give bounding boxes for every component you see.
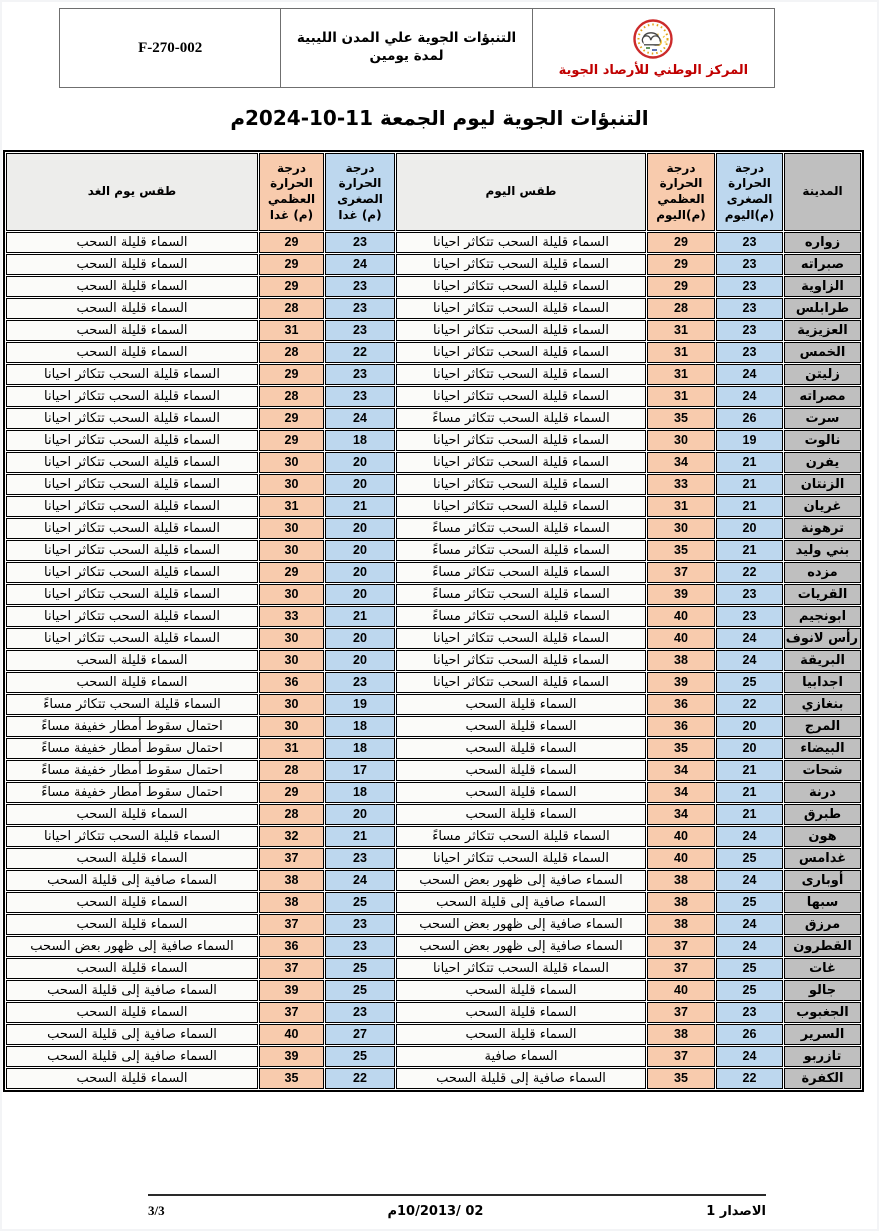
city-cell: سرت xyxy=(784,408,861,429)
max-today-cell: 31 xyxy=(647,342,715,363)
min-today-cell: 24 xyxy=(716,364,783,385)
min-today-cell: 21 xyxy=(716,782,783,803)
city-cell: ترهونة xyxy=(784,518,861,539)
max-tomorrow-cell: 29 xyxy=(259,232,324,253)
min-today-cell: 23 xyxy=(716,276,783,297)
max-today-cell: 34 xyxy=(647,760,715,781)
weather-tomorrow-cell: السماء صافية إلى قليلة السحب xyxy=(6,1046,258,1067)
footer-divider xyxy=(148,1194,766,1196)
weather-tomorrow-cell: السماء صافية إلى قليلة السحب xyxy=(6,1024,258,1045)
table-row: السرير2638السماء قليلة السحب2740السماء ص… xyxy=(6,1024,861,1045)
max-tomorrow-cell: 30 xyxy=(259,474,324,495)
weather-today-cell: السماء قليلة السحب xyxy=(396,980,646,1001)
header-row: المدينة درجة الحرارة الصغرى (م)اليوم درج… xyxy=(6,153,861,231)
city-cell: الخمس xyxy=(784,342,861,363)
max-tomorrow-cell: 40 xyxy=(259,1024,324,1045)
max-tomorrow-cell: 30 xyxy=(259,540,324,561)
table-row: بني وليد2135السماء قليلة السحب تتكاثر مس… xyxy=(6,540,861,561)
max-today-cell: 36 xyxy=(647,694,715,715)
min-today-cell: 25 xyxy=(716,980,783,1001)
weather-today-cell: السماء قليلة السحب تتكاثر احيانا xyxy=(396,430,646,451)
max-today-cell: 35 xyxy=(647,1068,715,1089)
max-today-cell: 38 xyxy=(647,1024,715,1045)
max-today-cell: 37 xyxy=(647,958,715,979)
max-tomorrow-cell: 36 xyxy=(259,936,324,957)
max-tomorrow-cell: 35 xyxy=(259,1068,324,1089)
max-tomorrow-cell: 30 xyxy=(259,628,324,649)
min-tomorrow-cell: 25 xyxy=(325,958,395,979)
max-today-cell: 36 xyxy=(647,716,715,737)
max-today-cell: 40 xyxy=(647,980,715,1001)
met-center-logo-icon xyxy=(632,18,674,60)
max-tomorrow-cell: 29 xyxy=(259,364,324,385)
max-today-cell: 35 xyxy=(647,540,715,561)
city-cell: زواره xyxy=(784,232,861,253)
table-row: يفرن2134السماء قليلة السحب تتكاثر احيانا… xyxy=(6,452,861,473)
org-name: المركز الوطني للأرصاد الجوية xyxy=(559,63,749,78)
max-tomorrow-cell: 28 xyxy=(259,342,324,363)
min-today-cell: 26 xyxy=(716,1024,783,1045)
weather-today-cell: السماء صافية إلى ظهور بعض السحب xyxy=(396,870,646,891)
table-row: العزيزية2331السماء قليلة السحب تتكاثر اح… xyxy=(6,320,861,341)
min-tomorrow-cell: 20 xyxy=(325,518,395,539)
max-tomorrow-cell: 29 xyxy=(259,562,324,583)
city-cell: طبرق xyxy=(784,804,861,825)
city-cell: العزيزية xyxy=(784,320,861,341)
max-tomorrow-cell: 29 xyxy=(259,782,324,803)
city-cell: الكفرة xyxy=(784,1068,861,1089)
min-today-cell: 23 xyxy=(716,342,783,363)
max-today-cell: 31 xyxy=(647,496,715,517)
min-today-cell: 23 xyxy=(716,232,783,253)
city-cell: ابونجيم xyxy=(784,606,861,627)
table-row: رأس لانوف2440السماء قليلة السحب تتكاثر ا… xyxy=(6,628,861,649)
weather-tomorrow-cell: السماء قليلة السحب تتكاثر احيانا xyxy=(6,562,258,583)
weather-tomorrow-cell: السماء قليلة السحب تتكاثر احيانا xyxy=(6,826,258,847)
table-row: اجدابيا2539السماء قليلة السحب تتكاثر احي… xyxy=(6,672,861,693)
max-tomorrow-cell: 30 xyxy=(259,452,324,473)
max-tomorrow-cell: 37 xyxy=(259,848,324,869)
city-cell: اجدابيا xyxy=(784,672,861,693)
weather-today-cell: السماء قليلة السحب تتكاثر احيانا xyxy=(396,276,646,297)
min-tomorrow-cell: 21 xyxy=(325,606,395,627)
weather-today-cell: السماء صافية إلى ظهور بعض السحب xyxy=(396,936,646,957)
weather-tomorrow-cell: احتمال سقوط أمطار خفيفة مساءً xyxy=(6,760,258,781)
max-tomorrow-cell: 38 xyxy=(259,870,324,891)
weather-tomorrow-cell: السماء صافية إلى قليلة السحب xyxy=(6,870,258,891)
min-today-cell: 22 xyxy=(716,562,783,583)
max-tomorrow-cell: 37 xyxy=(259,1002,324,1023)
weather-today-cell: السماء قليلة السحب xyxy=(396,694,646,715)
page-footer: الاصدار 1 02 /10/2013م 3/3 xyxy=(148,1194,766,1219)
max-tomorrow-cell: 39 xyxy=(259,980,324,1001)
min-tomorrow-cell: 21 xyxy=(325,496,395,517)
min-tomorrow-cell: 23 xyxy=(325,914,395,935)
max-today-cell: 38 xyxy=(647,914,715,935)
min-tomorrow-cell: 23 xyxy=(325,936,395,957)
max-today-cell: 29 xyxy=(647,276,715,297)
weather-today-cell: السماء قليلة السحب تتكاثر احيانا xyxy=(396,452,646,473)
weather-today-cell: السماء قليلة السحب تتكاثر مساءً xyxy=(396,540,646,561)
city-cell: شحات xyxy=(784,760,861,781)
min-tomorrow-cell: 21 xyxy=(325,826,395,847)
table-row: القريات2339السماء قليلة السحب تتكاثر مسا… xyxy=(6,584,861,605)
weather-today-cell: السماء قليلة السحب تتكاثر احيانا xyxy=(396,848,646,869)
weather-tomorrow-cell: السماء قليلة السحب تتكاثر احيانا xyxy=(6,364,258,385)
table-row: مصراته2431السماء قليلة السحب تتكاثر احيا… xyxy=(6,386,861,407)
min-tomorrow-cell: 23 xyxy=(325,320,395,341)
weather-today-cell: السماء صافية إلى قليلة السحب xyxy=(396,1068,646,1089)
max-today-cell: 30 xyxy=(647,430,715,451)
min-tomorrow-cell: 23 xyxy=(325,232,395,253)
weather-tomorrow-cell: السماء قليلة السحب xyxy=(6,914,258,935)
min-tomorrow-cell: 18 xyxy=(325,716,395,737)
weather-tomorrow-cell: السماء قليلة السحب تتكاثر احيانا xyxy=(6,386,258,407)
min-today-cell: 25 xyxy=(716,892,783,913)
weather-today-cell: السماء قليلة السحب تتكاثر احيانا xyxy=(396,342,646,363)
weather-tomorrow-cell: السماء قليلة السحب xyxy=(6,892,258,913)
weather-today-cell: السماء صافية إلى ظهور بعض السحب xyxy=(396,914,646,935)
table-row: صبراته2329السماء قليلة السحب تتكاثر احيا… xyxy=(6,254,861,275)
table-row: غريان2131السماء قليلة السحب تتكاثر احيان… xyxy=(6,496,861,517)
max-today-cell: 40 xyxy=(647,628,715,649)
table-row: ابونجيم2340السماء قليلة السحب تتكاثر مسا… xyxy=(6,606,861,627)
city-cell: زليتن xyxy=(784,364,861,385)
max-today-cell: 40 xyxy=(647,606,715,627)
forecast-table-body: زواره2329السماء قليلة السحب تتكاثر احيان… xyxy=(6,232,861,1089)
header-max-today: درجة الحرارة العظمي (م)اليوم xyxy=(647,153,715,231)
city-cell: الزاوية xyxy=(784,276,861,297)
table-row: نالوت1930السماء قليلة السحب تتكاثر احيان… xyxy=(6,430,861,451)
weather-tomorrow-cell: السماء قليلة السحب تتكاثر احيانا xyxy=(6,540,258,561)
max-today-cell: 34 xyxy=(647,452,715,473)
form-header: المركز الوطني للأرصاد الجوية التنبؤات ال… xyxy=(59,8,775,88)
max-today-cell: 31 xyxy=(647,364,715,385)
min-today-cell: 24 xyxy=(716,386,783,407)
min-today-cell: 23 xyxy=(716,298,783,319)
max-tomorrow-cell: 29 xyxy=(259,254,324,275)
min-tomorrow-cell: 27 xyxy=(325,1024,395,1045)
min-today-cell: 23 xyxy=(716,606,783,627)
footer-issue: الاصدار 1 xyxy=(706,1204,766,1219)
weather-bulletin-page: المركز الوطني للأرصاد الجوية التنبؤات ال… xyxy=(0,0,879,1231)
weather-today-cell: السماء قليلة السحب xyxy=(396,804,646,825)
table-row: أوبارى2438السماء صافية إلى ظهور بعض السح… xyxy=(6,870,861,891)
weather-tomorrow-cell: السماء قليلة السحب تتكاثر احيانا xyxy=(6,474,258,495)
max-tomorrow-cell: 30 xyxy=(259,584,324,605)
city-cell: مصراته xyxy=(784,386,861,407)
max-tomorrow-cell: 39 xyxy=(259,1046,324,1067)
header-weather-tomorrow: طقس يوم الغد xyxy=(6,153,258,231)
max-today-cell: 38 xyxy=(647,892,715,913)
city-cell: غريان xyxy=(784,496,861,517)
weather-tomorrow-cell: السماء قليلة السحب xyxy=(6,232,258,253)
weather-today-cell: السماء قليلة السحب تتكاثر احيانا xyxy=(396,298,646,319)
max-today-cell: 40 xyxy=(647,848,715,869)
table-row: غات2537السماء قليلة السحب تتكاثر احيانا2… xyxy=(6,958,861,979)
max-today-cell: 30 xyxy=(647,518,715,539)
min-today-cell: 24 xyxy=(716,628,783,649)
weather-tomorrow-cell: السماء قليلة السحب xyxy=(6,804,258,825)
city-cell: القريات xyxy=(784,584,861,605)
weather-today-cell: السماء قليلة السحب تتكاثر مساءً xyxy=(396,606,646,627)
min-tomorrow-cell: 18 xyxy=(325,738,395,759)
city-cell: جالو xyxy=(784,980,861,1001)
page-title: التنبؤات الجوية ليوم الجمعة 11-10-2024م xyxy=(0,106,879,130)
table-row: البيضاء2035السماء قليلة السحب1831احتمال … xyxy=(6,738,861,759)
max-today-cell: 37 xyxy=(647,1002,715,1023)
min-today-cell: 24 xyxy=(716,870,783,891)
min-tomorrow-cell: 25 xyxy=(325,1046,395,1067)
table-row: هون2440السماء قليلة السحب تتكاثر مساءً21… xyxy=(6,826,861,847)
city-cell: غات xyxy=(784,958,861,979)
weather-tomorrow-cell: السماء قليلة السحب تتكاثر احيانا xyxy=(6,430,258,451)
min-tomorrow-cell: 20 xyxy=(325,562,395,583)
weather-today-cell: السماء قليلة السحب تتكاثر احيانا xyxy=(396,650,646,671)
table-row: الزنتان2133السماء قليلة السحب تتكاثر احي… xyxy=(6,474,861,495)
table-row: شحات2134السماء قليلة السحب1728احتمال سقو… xyxy=(6,760,861,781)
min-tomorrow-cell: 24 xyxy=(325,254,395,275)
min-today-cell: 26 xyxy=(716,408,783,429)
header-weather-today: طقس اليوم xyxy=(396,153,646,231)
min-today-cell: 24 xyxy=(716,914,783,935)
table-row: درنة2134السماء قليلة السحب1829احتمال سقو… xyxy=(6,782,861,803)
min-tomorrow-cell: 23 xyxy=(325,276,395,297)
max-tomorrow-cell: 31 xyxy=(259,320,324,341)
weather-today-cell: السماء قليلة السحب تتكاثر مساءً xyxy=(396,562,646,583)
weather-today-cell: السماء قليلة السحب xyxy=(396,760,646,781)
weather-tomorrow-cell: السماء قليلة السحب تتكاثر احيانا xyxy=(6,628,258,649)
weather-today-cell: السماء قليلة السحب xyxy=(396,716,646,737)
min-today-cell: 24 xyxy=(716,650,783,671)
city-cell: هون xyxy=(784,826,861,847)
weather-tomorrow-cell: السماء صافية إلى ظهور بعض السحب xyxy=(6,936,258,957)
city-cell: مزده xyxy=(784,562,861,583)
form-code: F-270-002 xyxy=(60,9,280,87)
city-cell: سبها xyxy=(784,892,861,913)
min-today-cell: 20 xyxy=(716,518,783,539)
min-today-cell: 23 xyxy=(716,1002,783,1023)
city-cell: طرابلس xyxy=(784,298,861,319)
city-cell: القطرون xyxy=(784,936,861,957)
max-tomorrow-cell: 31 xyxy=(259,738,324,759)
weather-tomorrow-cell: السماء قليلة السحب xyxy=(6,320,258,341)
table-row: جالو2540السماء قليلة السحب2539السماء صاف… xyxy=(6,980,861,1001)
table-row: مزده2237السماء قليلة السحب تتكاثر مساءً2… xyxy=(6,562,861,583)
max-today-cell: 37 xyxy=(647,1046,715,1067)
min-today-cell: 25 xyxy=(716,848,783,869)
max-tomorrow-cell: 32 xyxy=(259,826,324,847)
weather-today-cell: السماء قليلة السحب تتكاثر احيانا xyxy=(396,628,646,649)
weather-tomorrow-cell: السماء قليلة السحب تتكاثر احيانا xyxy=(6,452,258,473)
weather-tomorrow-cell: السماء قليلة السحب تتكاثر احيانا xyxy=(6,496,258,517)
min-today-cell: 25 xyxy=(716,672,783,693)
min-tomorrow-cell: 22 xyxy=(325,1068,395,1089)
min-tomorrow-cell: 18 xyxy=(325,430,395,451)
max-tomorrow-cell: 30 xyxy=(259,694,324,715)
table-row: الكفرة2235السماء صافية إلى قليلة السحب22… xyxy=(6,1068,861,1089)
weather-today-cell: السماء قليلة السحب تتكاثر مساءً xyxy=(396,408,646,429)
header-min-tomorrow: درجة الحرارة الصغرى (م) غدا xyxy=(325,153,395,231)
header-min-today: درجة الحرارة الصغرى (م)اليوم xyxy=(716,153,783,231)
max-tomorrow-cell: 30 xyxy=(259,650,324,671)
weather-today-cell: السماء قليلة السحب تتكاثر مساءً xyxy=(396,826,646,847)
min-tomorrow-cell: 20 xyxy=(325,474,395,495)
weather-tomorrow-cell: السماء قليلة السحب xyxy=(6,958,258,979)
max-today-cell: 29 xyxy=(647,254,715,275)
max-today-cell: 38 xyxy=(647,870,715,891)
weather-tomorrow-cell: احتمال سقوط أمطار خفيفة مساءً xyxy=(6,782,258,803)
min-today-cell: 25 xyxy=(716,958,783,979)
table-row: القطرون2437السماء صافية إلى ظهور بعض الس… xyxy=(6,936,861,957)
weather-tomorrow-cell: السماء قليلة السحب xyxy=(6,848,258,869)
min-today-cell: 23 xyxy=(716,320,783,341)
city-cell: مرزق xyxy=(784,914,861,935)
min-tomorrow-cell: 24 xyxy=(325,408,395,429)
weather-today-cell: السماء قليلة السحب تتكاثر احيانا xyxy=(396,364,646,385)
city-cell: بني وليد xyxy=(784,540,861,561)
max-tomorrow-cell: 28 xyxy=(259,298,324,319)
city-cell: الجغبوب xyxy=(784,1002,861,1023)
min-tomorrow-cell: 23 xyxy=(325,672,395,693)
weather-tomorrow-cell: السماء قليلة السحب تتكاثر احيانا xyxy=(6,584,258,605)
min-today-cell: 21 xyxy=(716,496,783,517)
max-tomorrow-cell: 28 xyxy=(259,804,324,825)
max-tomorrow-cell: 33 xyxy=(259,606,324,627)
table-row: الزاوية2329السماء قليلة السحب تتكاثر احي… xyxy=(6,276,861,297)
max-today-cell: 39 xyxy=(647,584,715,605)
weather-today-cell: السماء قليلة السحب تتكاثر احيانا xyxy=(396,672,646,693)
min-today-cell: 24 xyxy=(716,936,783,957)
max-today-cell: 37 xyxy=(647,936,715,957)
city-cell: صبراته xyxy=(784,254,861,275)
min-today-cell: 22 xyxy=(716,694,783,715)
weather-today-cell: السماء قليلة السحب تتكاثر احيانا xyxy=(396,958,646,979)
min-tomorrow-cell: 23 xyxy=(325,1002,395,1023)
min-tomorrow-cell: 24 xyxy=(325,870,395,891)
max-tomorrow-cell: 31 xyxy=(259,496,324,517)
max-today-cell: 33 xyxy=(647,474,715,495)
max-today-cell: 34 xyxy=(647,804,715,825)
table-row: ترهونة2030السماء قليلة السحب تتكاثر مساء… xyxy=(6,518,861,539)
min-today-cell: 20 xyxy=(716,738,783,759)
weather-today-cell: السماء قليلة السحب تتكاثر احيانا xyxy=(396,254,646,275)
header-max-tomorrow: درجة الحرارة العظمي (م) غدا xyxy=(259,153,324,231)
min-today-cell: 21 xyxy=(716,760,783,781)
city-cell: بنغازي xyxy=(784,694,861,715)
max-today-cell: 28 xyxy=(647,298,715,319)
weather-tomorrow-cell: السماء قليلة السحب xyxy=(6,1068,258,1089)
city-cell: المرج xyxy=(784,716,861,737)
weather-tomorrow-cell: السماء قليلة السحب xyxy=(6,276,258,297)
min-tomorrow-cell: 22 xyxy=(325,342,395,363)
max-tomorrow-cell: 30 xyxy=(259,716,324,737)
max-today-cell: 29 xyxy=(647,232,715,253)
table-row: سرت2635السماء قليلة السحب تتكاثر مساءً24… xyxy=(6,408,861,429)
weather-tomorrow-cell: السماء قليلة السحب تتكاثر احيانا xyxy=(6,606,258,627)
min-today-cell: 21 xyxy=(716,804,783,825)
max-tomorrow-cell: 30 xyxy=(259,518,324,539)
max-tomorrow-cell: 37 xyxy=(259,914,324,935)
min-tomorrow-cell: 18 xyxy=(325,782,395,803)
weather-tomorrow-cell: السماء قليلة السحب xyxy=(6,254,258,275)
min-tomorrow-cell: 20 xyxy=(325,452,395,473)
min-tomorrow-cell: 23 xyxy=(325,848,395,869)
min-today-cell: 21 xyxy=(716,452,783,473)
weather-today-cell: السماء قليلة السحب xyxy=(396,1024,646,1045)
weather-tomorrow-cell: السماء قليلة السحب xyxy=(6,650,258,671)
max-today-cell: 40 xyxy=(647,826,715,847)
max-tomorrow-cell: 36 xyxy=(259,672,324,693)
weather-today-cell: السماء قليلة السحب تتكاثر احيانا xyxy=(396,232,646,253)
weather-tomorrow-cell: السماء قليلة السحب xyxy=(6,298,258,319)
min-today-cell: 23 xyxy=(716,584,783,605)
city-cell: أوبارى xyxy=(784,870,861,891)
table-row: غدامس2540السماء قليلة السحب تتكاثر احيان… xyxy=(6,848,861,869)
weather-today-cell: السماء قليلة السحب xyxy=(396,782,646,803)
table-row: سبها2538السماء صافية إلى قليلة السحب2538… xyxy=(6,892,861,913)
table-row: تازربو2437السماء صافية2539السماء صافية إ… xyxy=(6,1046,861,1067)
min-today-cell: 24 xyxy=(716,826,783,847)
weather-today-cell: السماء قليلة السحب تتكاثر احيانا xyxy=(396,474,646,495)
weather-tomorrow-cell: السماء قليلة السحب تتكاثر مساءً xyxy=(6,694,258,715)
min-tomorrow-cell: 20 xyxy=(325,628,395,649)
table-row: زواره2329السماء قليلة السحب تتكاثر احيان… xyxy=(6,232,861,253)
city-cell: درنة xyxy=(784,782,861,803)
city-cell: البيضاء xyxy=(784,738,861,759)
table-row: الجغبوب2337السماء قليلة السحب2337السماء … xyxy=(6,1002,861,1023)
weather-tomorrow-cell: السماء قليلة السحب xyxy=(6,672,258,693)
weather-tomorrow-cell: احتمال سقوط أمطار خفيفة مساءً xyxy=(6,716,258,737)
table-row: طبرق2134السماء قليلة السحب2028السماء قلي… xyxy=(6,804,861,825)
weather-tomorrow-cell: السماء قليلة السحب تتكاثر احيانا xyxy=(6,408,258,429)
max-today-cell: 31 xyxy=(647,320,715,341)
min-tomorrow-cell: 19 xyxy=(325,694,395,715)
min-tomorrow-cell: 20 xyxy=(325,584,395,605)
min-today-cell: 24 xyxy=(716,1046,783,1067)
forecast-table: المدينة درجة الحرارة الصغرى (م)اليوم درج… xyxy=(3,150,864,1092)
city-cell: البريقة xyxy=(784,650,861,671)
min-today-cell: 22 xyxy=(716,1068,783,1089)
max-today-cell: 38 xyxy=(647,650,715,671)
header-city: المدينة xyxy=(784,153,861,231)
max-today-cell: 37 xyxy=(647,562,715,583)
weather-today-cell: السماء قليلة السحب xyxy=(396,738,646,759)
max-tomorrow-cell: 29 xyxy=(259,408,324,429)
min-tomorrow-cell: 17 xyxy=(325,760,395,781)
min-tomorrow-cell: 20 xyxy=(325,804,395,825)
min-tomorrow-cell: 25 xyxy=(325,980,395,1001)
table-row: البريقة2438السماء قليلة السحب تتكاثر احي… xyxy=(6,650,861,671)
table-row: طرابلس2328السماء قليلة السحب تتكاثر احيا… xyxy=(6,298,861,319)
city-cell: يفرن xyxy=(784,452,861,473)
min-today-cell: 21 xyxy=(716,540,783,561)
weather-today-cell: السماء قليلة السحب تتكاثر احيانا xyxy=(396,496,646,517)
min-tomorrow-cell: 23 xyxy=(325,364,395,385)
min-today-cell: 19 xyxy=(716,430,783,451)
min-tomorrow-cell: 25 xyxy=(325,892,395,913)
max-tomorrow-cell: 29 xyxy=(259,430,324,451)
weather-tomorrow-cell: احتمال سقوط أمطار خفيفة مساءً xyxy=(6,738,258,759)
max-tomorrow-cell: 28 xyxy=(259,386,324,407)
table-row: بنغازي2236السماء قليلة السحب1930السماء ق… xyxy=(6,694,861,715)
max-today-cell: 34 xyxy=(647,782,715,803)
max-tomorrow-cell: 37 xyxy=(259,958,324,979)
min-tomorrow-cell: 23 xyxy=(325,386,395,407)
min-tomorrow-cell: 20 xyxy=(325,650,395,671)
weather-tomorrow-cell: السماء قليلة السحب تتكاثر احيانا xyxy=(6,518,258,539)
weather-today-cell: السماء قليلة السحب تتكاثر احيانا xyxy=(396,386,646,407)
